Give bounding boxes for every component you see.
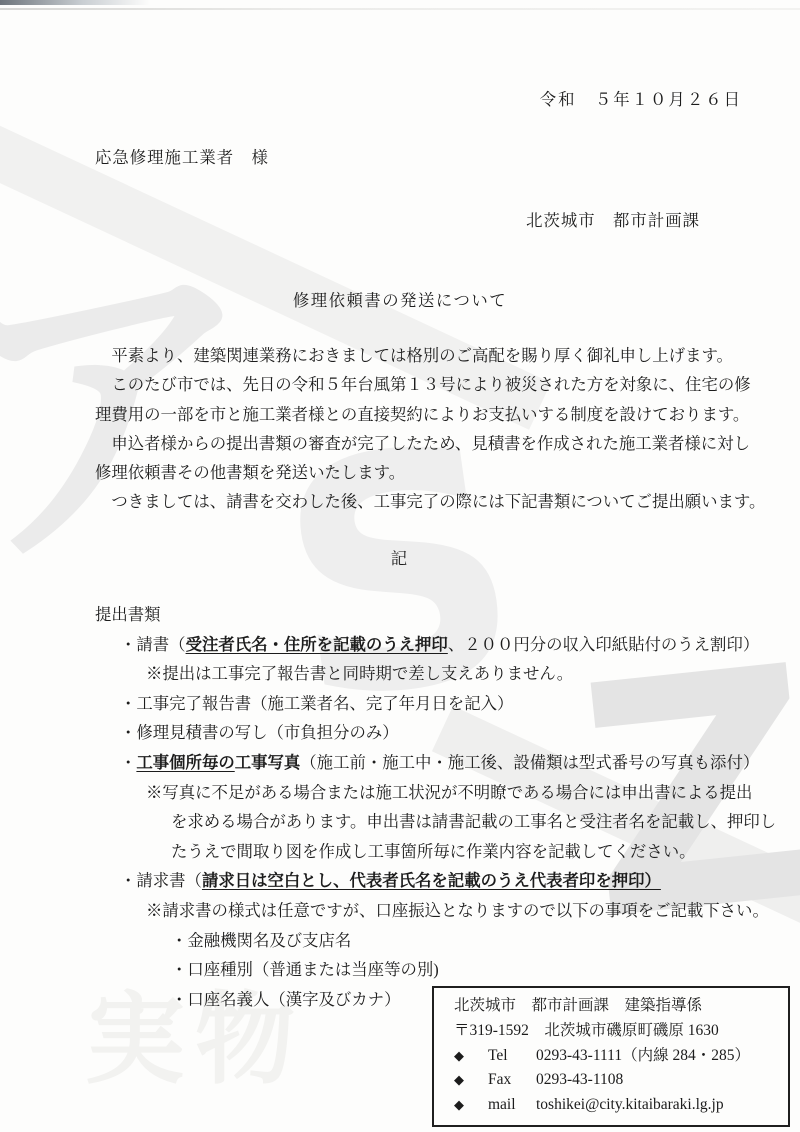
list-item-invoice: ・請求書（請求日は空白とし、代表者氏名を記載のうえ代表者印を押印） <box>120 866 785 896</box>
contact-tel-row: ◆ Tel 0293-43-1111（内線 284・285） <box>454 1044 788 1069</box>
body-line: つきましては、請書を交わした後、工事完了の際には下記書類についてご提出願います。 <box>95 487 775 516</box>
letter-title: 修理依頼書の発送について <box>0 287 800 311</box>
tel-label: Tel <box>488 1044 536 1069</box>
item-emphasis: 工事個所毎の <box>136 753 234 772</box>
documents-heading: 提出書類 <box>95 600 785 630</box>
item-text: ・請書（ <box>120 635 186 654</box>
item-text: （施工前・施工中・施工後、設備類は型式番号の写真も添付） <box>300 753 759 772</box>
item-emphasis: 受注者氏名・住所を記載のうえ押印 <box>186 635 448 654</box>
contact-address: 〒319-1592 北茨城市磯原町磯原 1630 <box>454 1019 788 1044</box>
list-item-ukesho: ・請書（受注者氏名・住所を記載のうえ押印、２００円分の収入印紙貼付のうえ割印） <box>120 630 785 660</box>
contact-department: 北茨城市 都市計画課 建築指導係 <box>454 994 788 1019</box>
body-line: 理費用の一部を市と施工業者様との直接契約によりお支払いする制度を設けております。 <box>95 400 775 429</box>
diamond-bullet-icon: ◆ <box>454 1044 488 1069</box>
letter-body: 平素より、建築関連業務におきましては格別のご高配を賜り厚く御礼申し上げます。 こ… <box>95 341 775 517</box>
body-line: このたび市では、先日の令和５年台風第１３号により被災された方を対象に、住宅の修 <box>95 370 775 399</box>
item-text: 、２００円分の収入印紙貼付のうえ割印） <box>448 635 759 654</box>
list-item-account-type: ・口座種別（普通または当座等の別) <box>171 955 785 985</box>
scan-edge-artifact <box>0 0 150 5</box>
letter-page: ア S Z 実物 令和 ５年１０月２６日 応急修理施工業者 様 北茨城市 都市計… <box>0 0 800 1132</box>
tel-value: 0293-43-1111（内線 284・285） <box>536 1044 750 1069</box>
fax-value: 0293-43-1108 <box>536 1068 623 1093</box>
documents-list: 提出書類 ・請書（受注者氏名・住所を記載のうえ押印、２００円分の収入印紙貼付のう… <box>95 600 785 1014</box>
contact-fax-row: ◆ Fax 0293-43-1108 <box>454 1068 788 1093</box>
list-note: ※写真に不足がある場合または施工状況が不明瞭である場合には申出書による提出 <box>146 778 785 808</box>
letter-sender: 北茨城市 都市計画課 <box>526 207 700 231</box>
body-line: 申込者様からの提出書類の審査が完了したため、見積書を作成された施工業者様に対し <box>95 429 775 458</box>
fax-label: Fax <box>488 1068 536 1093</box>
body-line: 平素より、建築関連業務におきましては格別のご高配を賜り厚く御礼申し上げます。 <box>95 341 775 370</box>
scan-edge-line <box>0 8 800 10</box>
mail-label: mail <box>488 1093 536 1118</box>
contact-mail-row: ◆ mail toshikei@city.kitaibaraki.lg.jp <box>454 1093 788 1118</box>
list-note: ※提出は工事完了報告書と同時期で差し支えありません。 <box>146 659 785 689</box>
contact-box: 北茨城市 都市計画課 建築指導係 〒319-1592 北茨城市磯原町磯原 163… <box>432 986 790 1127</box>
letter-recipient: 応急修理施工業者 様 <box>95 144 269 168</box>
item-bold: 工事写真 <box>235 753 301 772</box>
item-text: ・ <box>120 753 136 772</box>
letter-date: 令和 ５年１０月２６日 <box>540 86 742 110</box>
record-marker: 記 <box>0 545 800 569</box>
item-emphasis: 請求日は空白とし、代表者氏名を記載のうえ代表者印を押印） <box>202 871 661 890</box>
list-item-estimate-copy: ・修理見積書の写し（市負担分のみ） <box>120 718 785 748</box>
list-note: を求める場合があります。申出書は請書記載の工事名と受注者名を記載し、押印し <box>171 807 785 837</box>
diamond-bullet-icon: ◆ <box>454 1068 488 1093</box>
list-item-photos: ・工事個所毎の工事写真（施工前・施工中・施工後、設備類は型式番号の写真も添付） <box>120 748 785 778</box>
diamond-bullet-icon: ◆ <box>454 1093 488 1118</box>
list-note: たうえで間取り図を作成し工事箇所毎に作業内容を記載してください。 <box>171 837 785 867</box>
body-line: 修理依頼書その他書類を発送いたします。 <box>95 458 775 487</box>
list-item-completion-report: ・工事完了報告書（施工業者名、完了年月日を記入） <box>120 689 785 719</box>
list-item-bank-name: ・金融機関名及び支店名 <box>171 926 785 956</box>
mail-value: toshikei@city.kitaibaraki.lg.jp <box>536 1093 724 1118</box>
list-note: ※請求書の様式は任意ですが、口座振込となりますので以下の事項をご記載下さい。 <box>146 896 785 926</box>
item-text: ・請求書（ <box>120 871 202 890</box>
